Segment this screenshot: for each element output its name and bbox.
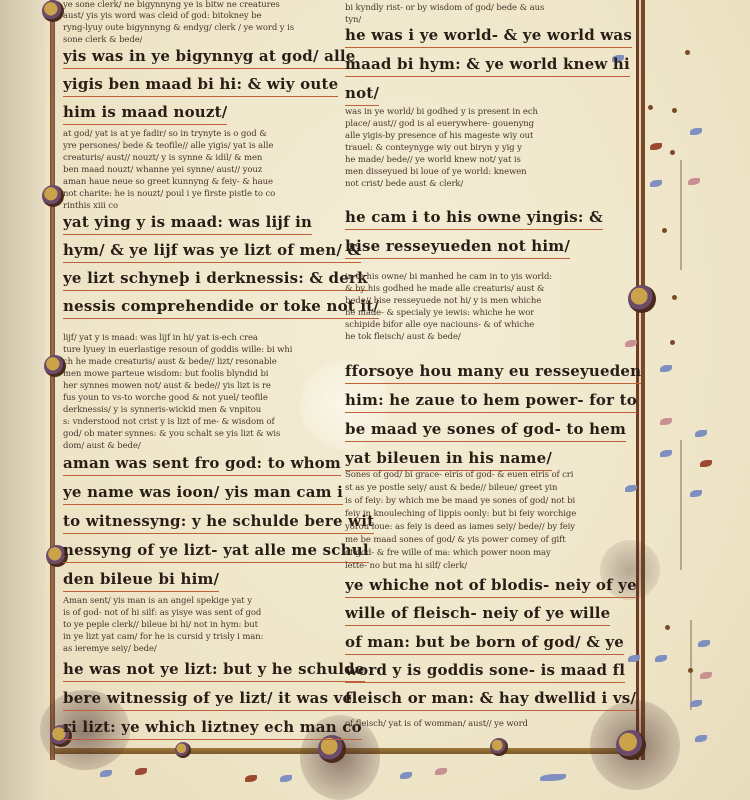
scripture-line: wille of fleisch- neiy of ye wille	[345, 604, 610, 626]
scripture-line: yat ying y is maad: was lijf in	[63, 213, 312, 235]
scripture-line: he was i ye world- & ye world was	[345, 26, 632, 48]
gloss-line: bi kyndly rist- or by wisdom of god/ bed…	[345, 3, 544, 14]
gloss-line: tyn/	[345, 15, 361, 26]
border-knot-ornament	[42, 0, 64, 22]
gloss-line: rinthis xiii co	[63, 201, 118, 212]
berry-ornament	[685, 50, 690, 55]
gloss-line: as ieremye seiy/ bede/	[63, 644, 157, 655]
gloss-line: ben maad nouzt/ whanne yei synne/ aust//…	[63, 165, 262, 176]
scripture-line: ye lizt schyneþ i derknessis: & derk	[63, 269, 368, 291]
gloss-line: ch he made creaturis/ aust & bede// lizt…	[63, 357, 277, 368]
border-knot-ornament	[490, 738, 508, 756]
border-knot-ornament	[628, 285, 656, 313]
gloss-line: he made/ bede// ye world knew not/ yat i…	[345, 155, 521, 166]
gloss-line: in ye lizt yat cam/ for he is cursid y t…	[63, 632, 263, 643]
berry-ornament	[672, 108, 677, 113]
scripture-line: den bileue bi him/	[63, 570, 219, 592]
scripture-line: be maad ye sones of god- to hem	[345, 420, 626, 442]
scripture-line: ye whiche not of blodis- neiy of ye	[345, 576, 637, 598]
gloss-line: s: vnderstood not crist y is lizt of me-…	[63, 417, 275, 428]
gloss-line: of god- & fre wille of ma: which power n…	[345, 548, 551, 559]
gloss-line: he tok fleisch/ aust & bede/	[345, 332, 461, 343]
gloss-line: & by his godhed he made alle creaturis/ …	[345, 284, 544, 295]
gloss-line: aust/ yis yis word was cleid of god: bit…	[63, 11, 262, 22]
berry-ornament	[670, 150, 675, 155]
gloss-line: lette- no but ma hi silf/ clerk/	[345, 561, 467, 572]
gloss-line: derknessis/ y is synneris-wickid men & v…	[63, 405, 261, 416]
scripture-line: he cam i to his owne yingis: &	[345, 208, 603, 230]
gloss-line: dom/ aust & bede/	[63, 441, 141, 452]
gloss-line: men mowe parteue wisdom: but foolis blyn…	[63, 369, 268, 380]
scripture-line: maad bi hym: & ye world knew hi	[345, 55, 630, 77]
scripture-line: ri lizt: ye which liztney ech man co	[63, 718, 362, 740]
gloss-line: is of feiy: by which me be maad ye sones…	[345, 496, 575, 507]
gloss-line: not charite: he is nouzt/ poul i ye firs…	[63, 189, 275, 200]
border-knot-ornament	[175, 742, 191, 758]
berry-ornament	[672, 295, 677, 300]
berry-ornament	[648, 105, 653, 110]
scripture-line: word y is goddis sone- is maad fl	[345, 661, 625, 683]
scripture-line: nessyng of ye lizt- yat alle me schul	[63, 541, 369, 563]
scripture-line: fforsoye hou many eu resseyueden	[345, 362, 641, 384]
border-knot-ornament	[616, 730, 646, 760]
gloss-line: ye sone clerk/ ne bigynnyng ye is bitw n…	[63, 0, 280, 11]
scripture-line: aman was sent fro god: to whom	[63, 454, 341, 476]
scripture-line: hise resseyueden not him/	[345, 237, 570, 259]
berry-ornament	[670, 340, 675, 345]
scripture-line: hym/ & ye lijf was ye lizt of men/ &	[63, 241, 361, 263]
gloss-line: st as ye postle seiy/ aust & bede// bile…	[345, 483, 557, 494]
gloss-line: he made- & specialy ye iewis: whiche he …	[345, 308, 534, 319]
berry-ornament	[662, 228, 667, 233]
gloss-line: is of god- not of hi silf: as yisye was …	[63, 608, 261, 619]
gloss-line: trauel: & conteynyge wiy out biryn y yig…	[345, 143, 522, 154]
gloss-line: yre persones/ bede & teofile// alle yigi…	[63, 141, 273, 152]
scripture-line: not/	[345, 84, 379, 106]
gloss-line: her synnes mowen not/ aust & bede// yis …	[63, 381, 271, 392]
vine-stem	[690, 620, 692, 710]
gloss-line: not crist/ bede aust & clerk/	[345, 179, 463, 190]
gloss-line: schipide bifor alle oye naciouns- & of w…	[345, 320, 534, 331]
scripture-line: nessis comprehendide or toke not it/	[63, 297, 379, 319]
scripture-line: he was not ye lizt: but y he schulde	[63, 660, 365, 682]
gloss-line: sone clerk & bede/	[63, 35, 142, 46]
scripture-line: yigis ben maad bi hi: & wiy oute	[63, 75, 338, 97]
gloss-line: of fleisch/ yat is of womman/ aust// ye …	[345, 719, 528, 730]
gloss-line: in to his owne/ bi manhed he cam in to y…	[345, 272, 552, 283]
gloss-line: bede// hise resseyuede not hi/ y is men …	[345, 296, 541, 307]
scripture-line: bere witnessig of ye lizt/ it was ve	[63, 689, 352, 711]
gloss-line: me be maad sones of god/ & yis power com…	[345, 535, 566, 546]
gloss-line: to ye peple clerk// bileue bi hi/ not in…	[63, 620, 258, 631]
scripture-line: fleisch or man: & hay dwellid i vs/	[345, 689, 636, 711]
scripture-line: yis was in ye bigynnyg at god/ alle	[63, 47, 356, 69]
gloss-line: ryng-lyuy oute bigynnyng & endyg/ clerk …	[63, 23, 294, 34]
scripture-line: him is maad nouzt/	[63, 103, 227, 125]
scripture-line: to witnessyng: y he schulde bere wit	[63, 512, 374, 534]
gloss-line: Sones of god/ bi grace- eiris of god- & …	[345, 470, 573, 481]
gloss-line: men disseyued bi loue of ye world: knewe…	[345, 167, 527, 178]
left-border-bar	[50, 0, 55, 760]
border-knot-ornament	[42, 185, 64, 207]
berry-ornament	[665, 625, 670, 630]
gloss-line: lijf/ yat y is maad: was lijf in hi/ yat…	[63, 333, 258, 344]
gloss-line: fus youn to vs-to worche good & not yuel…	[63, 393, 268, 404]
vine-stem	[680, 440, 682, 570]
berry-ornament	[688, 668, 693, 673]
scripture-line: him: he zaue to hem power- for to	[345, 391, 637, 413]
gloss-line: creaturis/ aust// nouzt/ y is synne & id…	[63, 153, 262, 164]
gloss-line: Aman sent/ yis man is an angel spekige y…	[63, 596, 252, 607]
scripture-line: yat bileuen in his name/	[345, 449, 552, 471]
gloss-line: was in ye world/ bi godhed y is present …	[345, 107, 538, 118]
book-gutter	[0, 0, 45, 800]
scripture-line: ye name was ioon/ yis man cam i	[63, 483, 343, 505]
gloss-line: yorou loue: as feiy is deed as iames sei…	[345, 522, 575, 533]
vine-stem	[680, 160, 682, 270]
scripture-line: of man: but be born of god/ & ye	[345, 633, 624, 655]
gloss-line: at god/ yat is at ye fadir/ so in trynyt…	[63, 129, 267, 140]
gloss-line: alle yigis-by presence of his mageste wi…	[345, 131, 533, 142]
gloss-line: ture lyuey in euerlastige resoun of godd…	[63, 345, 292, 356]
gloss-line: place/ aust// god is al euerywhere- goue…	[345, 119, 534, 130]
gloss-line: god/ ob mater synnes: & you schalt se yi…	[63, 429, 280, 440]
gloss-line: feiy in knouleching of lippis oonly: but…	[345, 509, 576, 520]
gloss-line: aman haue neue so greet kunnyng & feiy- …	[63, 177, 273, 188]
